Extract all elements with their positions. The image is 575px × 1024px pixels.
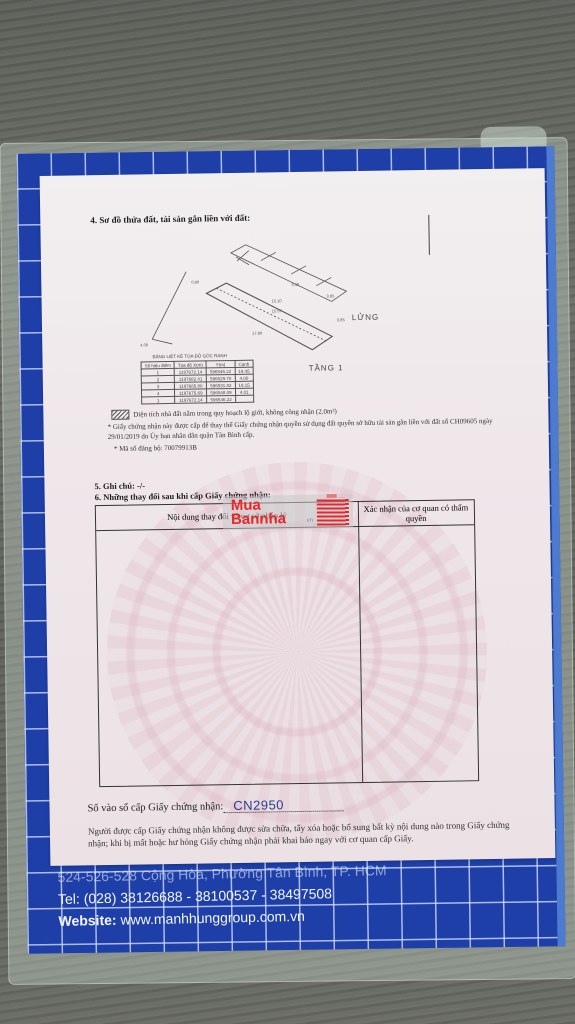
cell-point: 1 [142, 396, 175, 404]
svg-text:17.80: 17.80 [252, 331, 263, 336]
legend-text: Diện tích nhà đất nằm trong quy hoạch lộ… [133, 407, 337, 418]
svg-text:3.40: 3.40 [291, 282, 300, 287]
website-url: www.manhhunggroup.com.vn [120, 908, 305, 928]
logo-line2: Bannha [231, 511, 286, 527]
logo-suffix: .vn [305, 518, 313, 524]
certificate-warning: Người được cấp Giấy chứng nhận không đượ… [88, 818, 528, 849]
svg-text:4.00: 4.00 [140, 342, 149, 347]
coordinate-table: Số hiệu điểm Tọa độ X(m) Y(m) Cạnh 1 119… [141, 360, 255, 405]
table-row: 1 1197672.14 596546.22 [142, 395, 254, 404]
column-divider [358, 502, 363, 782]
cell-edge [235, 395, 253, 402]
hatch-pattern-icon [111, 410, 129, 420]
replacement-note: * Giấy chứng nhận này được cấp để thay t… [107, 416, 497, 442]
building-bars-icon [317, 497, 349, 525]
cell-x: 1197672.14 [175, 396, 207, 404]
ground-floor-label: TẦNG 1 [309, 363, 344, 373]
cell-y: 596546.22 [207, 395, 235, 402]
muabannha-watermark-logo: Mua Bannha .vn [223, 494, 354, 530]
registry-number-handwritten: CN2950 [233, 797, 284, 813]
website-label: Website: [58, 912, 116, 929]
svg-text:0.80: 0.80 [191, 280, 200, 285]
svg-text:15.10: 15.10 [272, 298, 283, 303]
land-plot-diagram: 15.10 15.57 17.80 0.80 4.00 3.85 3.40 3.… [131, 241, 363, 365]
changes-table: Nội dung thay đổi và cơ sở pháp lý Xác n… [95, 499, 479, 787]
registry-label: Số vào sổ cấp Giấy chứng nhận: [87, 801, 223, 814]
folder-contact-info: 524-526-528 Cộng Hòa, Phường Tân Bình, T… [57, 858, 438, 932]
north-arrow-icon [428, 215, 430, 255]
svg-text:15.57: 15.57 [272, 308, 283, 313]
svg-text:3.85: 3.85 [326, 293, 335, 298]
planning-area-legend: Diện tích nhà đất nằm trong quy hoạch lộ… [111, 406, 337, 420]
svg-text:3.85: 3.85 [337, 317, 346, 322]
section-5-notes: 5. Ghi chú: -/- [94, 480, 145, 491]
land-certificate-page: 4. Sơ đồ thửa đất, tài sản gắn liền với … [40, 168, 556, 866]
authority-confirmation-header: Xác nhận của cơ quan có thẩm quyền [358, 502, 474, 524]
upper-floor-label: LỬNG [352, 313, 379, 322]
section-4-title: 4. Sơ đồ thửa đất, tài sản gắn liền với … [90, 213, 250, 226]
registry-code-note: * Mã số đăng bộ: 70079913B [114, 444, 197, 453]
